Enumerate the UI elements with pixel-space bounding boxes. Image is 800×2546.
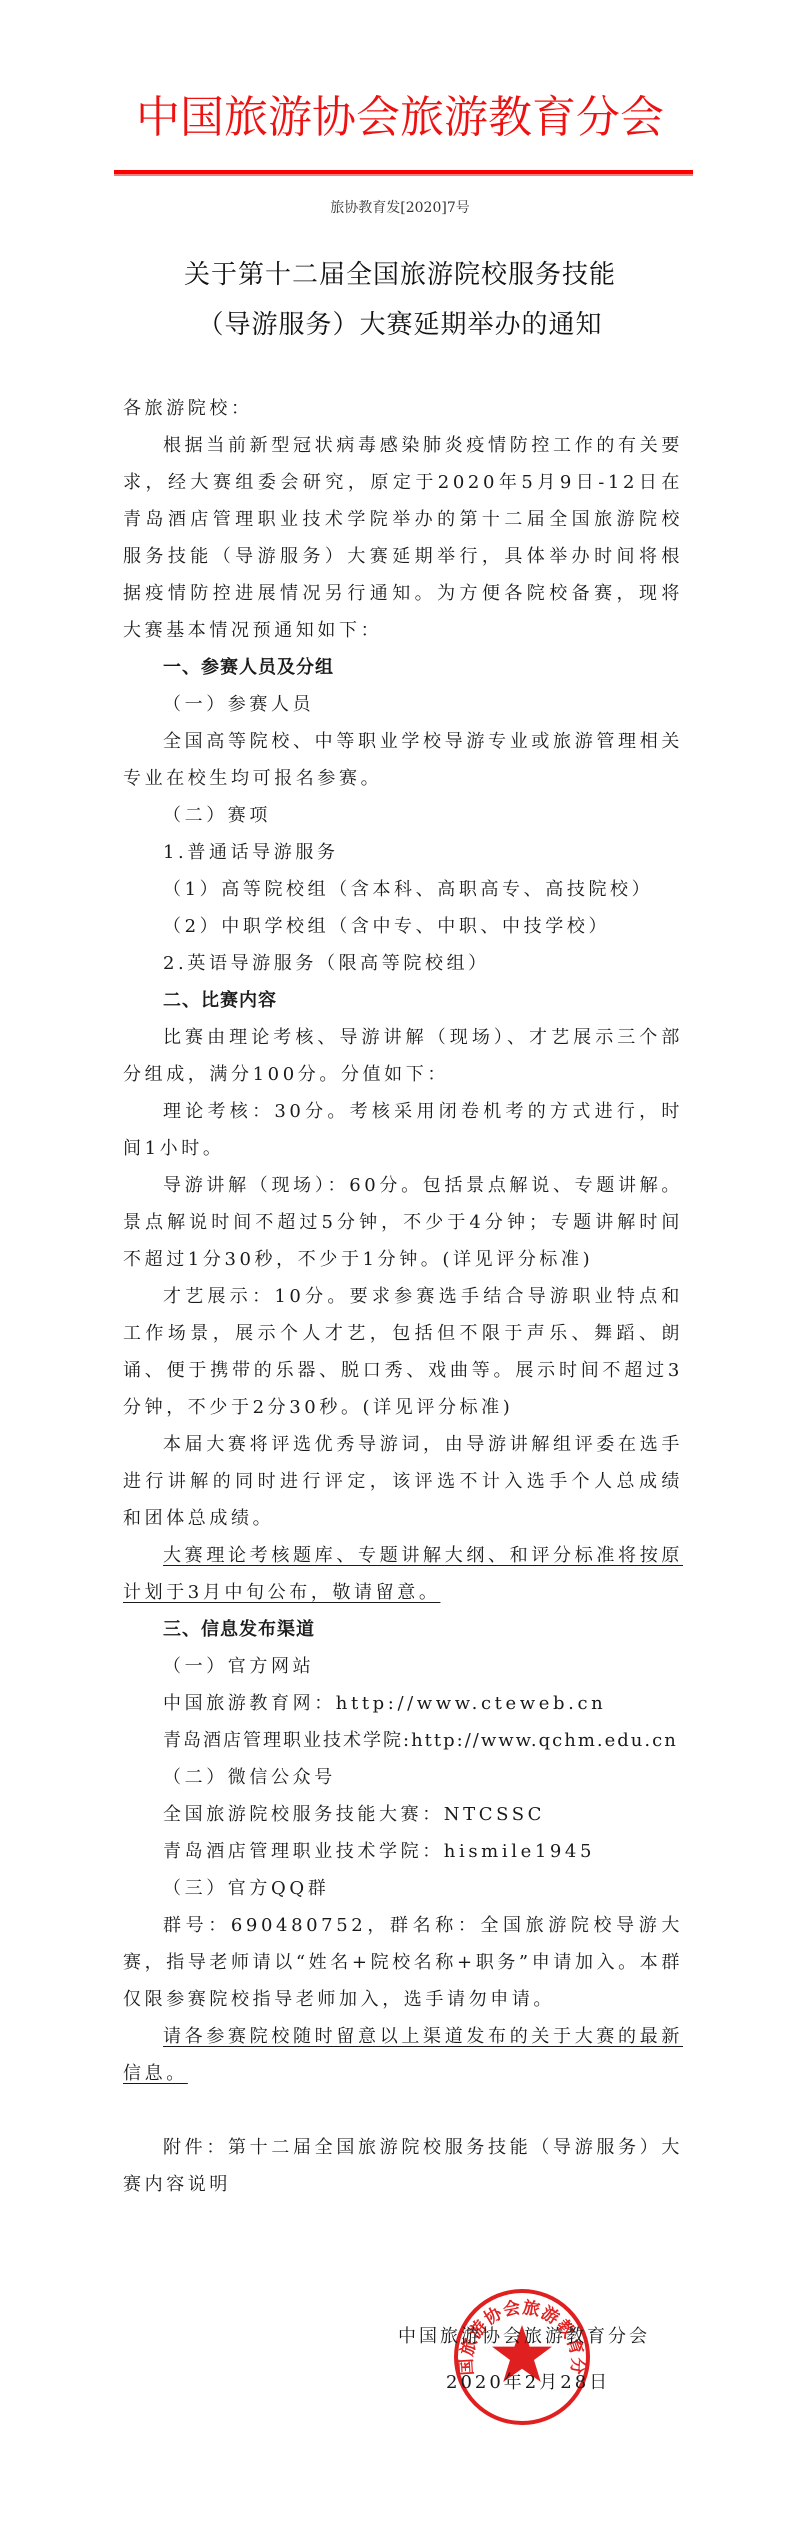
wechat-entry: 全国旅游院校服务技能大赛：NTCSSC xyxy=(123,1796,683,1833)
event-item: （1）高等院校组（含本科、高职高专、高技院校） xyxy=(123,871,683,908)
wechat-entry: 青岛酒店管理职业技术学院：hismile1945 xyxy=(123,1833,683,1870)
award-paragraph: 本届大赛将评选优秀导游词，由导游讲解组评委在选手进行讲解的同时进行评定，该评选不… xyxy=(123,1426,683,1537)
qq-group-paragraph: 群号：690480752，群名称：全国旅游院校导游大赛，指导老师请以“姓名+院校… xyxy=(123,1907,683,2018)
section-3-sub-3-heading: （三）官方QQ群 xyxy=(123,1870,683,1907)
section-1-sub-1-text: 全国高等院校、中等职业学校导游专业或旅游管理相关专业在校生均可报名参赛。 xyxy=(123,723,683,797)
signature-date: 2020年2月28日 xyxy=(446,2368,610,2398)
attachment-note: 附件：第十二届全国旅游院校服务技能（导游服务）大赛内容说明 xyxy=(123,2129,683,2203)
document-number: 旅协教育发[2020]7号 xyxy=(0,196,800,220)
section-3-sub-2-heading: （二）微信公众号 xyxy=(123,1759,683,1796)
section-2-overview: 比赛由理论考核、导游讲解（现场）、才艺展示三个部分组成，满分100分。分值如下： xyxy=(123,1019,683,1093)
section-2-heading: 二、比赛内容 xyxy=(123,982,683,1019)
document-title: 关于第十二届全国旅游院校服务技能 （导游服务）大赛延期举办的通知 xyxy=(0,250,800,350)
notice-underlined-text: 大赛理论考核题库、专题讲解大纲、和评分标准将按原计划于3月中旬公布，敬请留意。 xyxy=(123,1545,683,1603)
website-entry: 中国旅游教育网：http://www.cteweb.cn xyxy=(123,1685,683,1722)
document-body: 各旅游院校： 根据当前新型冠状病毒感染肺炎疫情防控工作的有关要求，经大赛组委会研… xyxy=(123,390,683,2203)
notice-paragraph: 大赛理论考核题库、专题讲解大纲、和评分标准将按原计划于3月中旬公布，敬请留意。 xyxy=(123,1537,683,1611)
guide-presentation-paragraph: 导游讲解（现场）：60分。包括景点解说、专题讲解。景点解说时间不超过5分钟，不少… xyxy=(123,1167,683,1278)
event-item: （2）中职学校组（含中专、中职、中技学校） xyxy=(123,908,683,945)
intro-paragraph: 根据当前新型冠状病毒感染肺炎疫情防控工作的有关要求，经大赛组委会研究，原定于20… xyxy=(123,427,683,649)
event-item: 1.普通话导游服务 xyxy=(123,834,683,871)
spacer xyxy=(123,2092,683,2129)
red-divider-rule-thin xyxy=(114,174,693,176)
section-1-sub-1-heading: （一）参赛人员 xyxy=(123,686,683,723)
title-line-1: 关于第十二届全国旅游院校服务技能 xyxy=(0,250,800,300)
event-item: 2.英语导游服务（限高等院校组） xyxy=(123,945,683,982)
signature-organization: 中国旅游协会旅游教育分会 xyxy=(398,2322,650,2352)
title-line-2: （导游服务）大赛延期举办的通知 xyxy=(0,300,800,350)
section-1-sub-2-heading: （二）赛项 xyxy=(123,797,683,834)
organization-letterhead: 中国旅游协会旅游教育分会 xyxy=(0,88,800,148)
official-seal-stamp-icon: 中国旅游协会旅游教育分会 xyxy=(452,2287,592,2427)
section-3-heading: 三、信息发布渠道 xyxy=(123,1611,683,1648)
talent-show-paragraph: 才艺展示：10分。要求参赛选手结合导游职业特点和工作场景，展示个人才艺，包括但不… xyxy=(123,1278,683,1426)
theory-exam-paragraph: 理论考核：30分。考核采用闭卷机考的方式进行，时间1小时。 xyxy=(123,1093,683,1167)
document-page: 中国旅游协会旅游教育分会 旅协教育发[2020]7号 关于第十二届全国旅游院校服… xyxy=(0,0,800,2546)
closing-paragraph: 请各参赛院校随时留意以上渠道发布的关于大赛的最新信息。 xyxy=(123,2018,683,2092)
closing-underlined-text: 请各参赛院校随时留意以上渠道发布的关于大赛的最新信息。 xyxy=(123,2026,683,2084)
website-entry: 青岛酒店管理职业技术学院:http://www.qchm.edu.cn xyxy=(123,1722,683,1759)
section-1-heading: 一、参赛人员及分组 xyxy=(123,649,683,686)
section-3-sub-1-heading: （一）官方网站 xyxy=(123,1648,683,1685)
salutation: 各旅游院校： xyxy=(123,390,683,427)
